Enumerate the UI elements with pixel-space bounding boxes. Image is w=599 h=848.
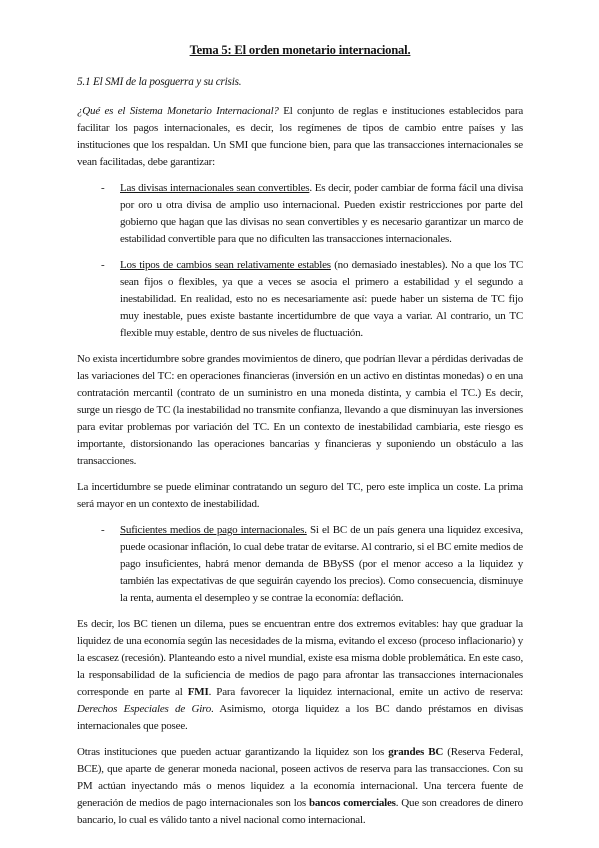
bullet-marker: - xyxy=(101,180,120,248)
bullet-text: Las divisas internacionales sean convert… xyxy=(120,180,523,248)
text-run: Otras instituciones que pueden actuar ga… xyxy=(77,746,388,758)
paragraph-otras-instituciones: Otras instituciones que pueden actuar ga… xyxy=(77,744,523,829)
bullet-text: Los tipos de cambios sean relativamente … xyxy=(120,257,523,342)
doc-title: Tema 5: El orden monetario internacional… xyxy=(77,42,523,58)
text-run: Suficientes medios de pago internacional… xyxy=(120,524,307,536)
paragraph-incertidumbre: No exista incertidumbre sobre grandes mo… xyxy=(77,351,523,470)
text-run: FMI xyxy=(188,686,209,698)
text-run: Derechos Especiales de Giro xyxy=(77,703,211,715)
text-run: 5.1 El SMI de la posguerra y su crisis. xyxy=(77,76,241,88)
text-run: grandes BC xyxy=(388,746,443,758)
text-run: Las divisas internacionales sean convert… xyxy=(120,182,309,194)
bullet-marker: - xyxy=(101,522,120,607)
text-run: (no demasiado inestables). No a que los … xyxy=(120,259,523,339)
text-run: No exista incertidumbre sobre grandes mo… xyxy=(77,353,523,467)
paragraph-seguro-tc: La incertidumbre se puede eliminar contr… xyxy=(77,479,523,513)
text-run: Los tipos de cambios sean relativamente … xyxy=(120,259,331,271)
bullet-medios-de-pago: -Suficientes medios de pago internaciona… xyxy=(101,522,523,607)
text-run: La incertidumbre se puede eliminar contr… xyxy=(77,481,523,510)
paragraph-dilema-bc: Es decir, los BC tienen un dilema, pues … xyxy=(77,616,523,735)
text-run: bancos comerciales xyxy=(309,797,396,809)
section-heading: 5.1 El SMI de la posguerra y su crisis. xyxy=(77,74,523,91)
bullet-text: Suficientes medios de pago internacional… xyxy=(120,522,523,607)
bullet-tipos-cambio-estables: -Los tipos de cambios sean relativamente… xyxy=(101,257,523,342)
text-run: Si el BC de un país genera una liquidez … xyxy=(120,524,523,604)
paragraph-intro: ¿Qué es el Sistema Monetario Internacion… xyxy=(77,103,523,171)
text-run: Tema 5: El orden monetario internacional… xyxy=(190,43,411,57)
bullet-marker: - xyxy=(101,257,120,342)
text-run: . Para favorecer la liquidez internacion… xyxy=(209,686,523,698)
bullet-divisas-convertibles: -Las divisas internacionales sean conver… xyxy=(101,180,523,248)
document-page: Tema 5: El orden monetario internacional… xyxy=(0,0,599,848)
text-run: ¿Qué es el Sistema Monetario Internacion… xyxy=(77,105,283,117)
